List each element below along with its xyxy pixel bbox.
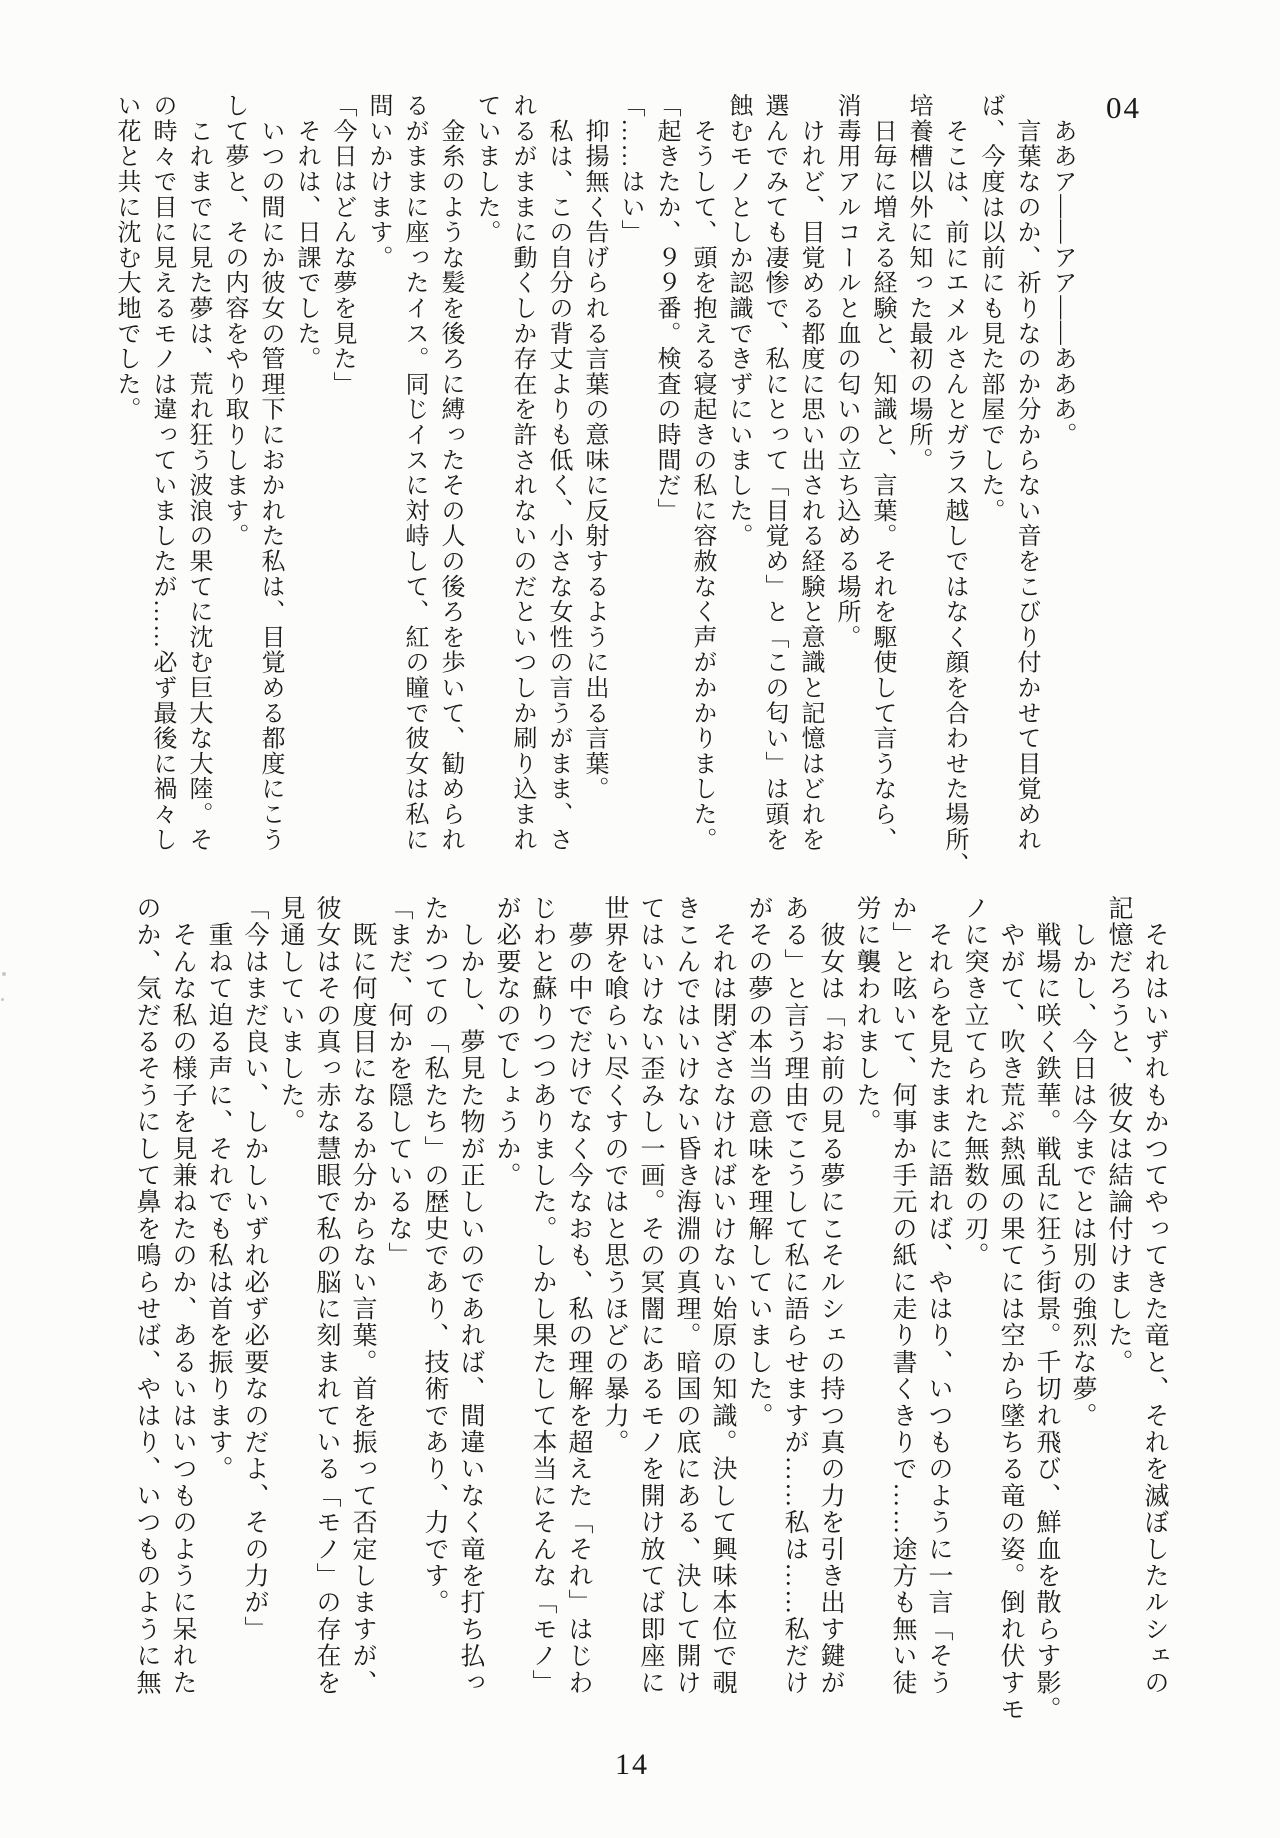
text-column: 問いかけます。 (360, 93, 396, 877)
text-column: それは、日課でした。 (288, 93, 324, 877)
text-column: 日毎に増える経験と、知識と、言葉。それを駆使して言うなら、 (864, 93, 900, 877)
text-column: 彼女は「お前の見る夢にこそルシェの持つ真の力を引き出す鍵が (812, 895, 848, 1723)
text-column: それらを見たままに語れば、やはり、いつものように一言「そう (920, 895, 956, 1723)
text-column: ああア――アア――あああ。 (1044, 93, 1080, 877)
text-column: これまでに見た夢は、荒れ狂う波浪の果てに沈む巨大な大陸。そ (180, 93, 216, 877)
text-column: てはいけない歪みし一画。その冥闇にあるモノを開け放てば即座に (632, 895, 668, 1723)
text-column: そうして、頭を抱える寝起きの私に容赦なく声がかかりました。 (684, 93, 720, 877)
text-column: ていました。 (468, 93, 504, 877)
text-column: じわと蘇りつつありました。しかし果たして本当にそんな「モノ」 (524, 895, 560, 1723)
text-column: 抑揚無く告げられる言葉の意味に反射するように出る言葉。 (576, 93, 612, 877)
text-column: 見通していました。 (272, 895, 308, 1723)
text-column: 金糸のような髪を後ろに縛ったその人の後ろを歩いて、勧められ (432, 93, 468, 877)
text-column: ある」と言う理由でこうして私に語らせますが……私は……私だけ (776, 895, 812, 1723)
text-column: 労に襲われました。 (848, 895, 884, 1723)
text-column: 「……はい」 (612, 93, 648, 877)
text-column: やがて、吹き荒ぶ熱風の果てには空から墜ちる竜の姿。倒れ伏すモ (992, 895, 1028, 1723)
text-column: いつの間にか彼女の管理下におかれた私は、目覚める都度にこう (252, 93, 288, 877)
text-column: 消毒用アルコールと血の匂いの立ち込める場所。 (828, 93, 864, 877)
text-column: ば、今度は以前にも見た部屋でした。 (972, 93, 1008, 877)
text-column: 「今日はどんな夢を見た」 (324, 93, 360, 877)
text-column: そこは、前にエメルさんとガラス越しではなく顔を合わせた場所、 (936, 93, 972, 877)
page-number-bottom: 14 (615, 1748, 649, 1782)
text-column: 「起きたか、９９番。検査の時間だ」 (648, 93, 684, 877)
text-column: それは閉ざさなければいけない始原の知識。決して興味本位で覗 (704, 895, 740, 1723)
text-column: して夢と、その内容をやり取りします。 (216, 93, 252, 877)
text-column: ノに突き立てられた無数の刃。 (956, 895, 992, 1723)
scan-speck (1, 998, 4, 1001)
text-column: 世界を喰らい尽くすのではと思うほどの暴力。 (596, 895, 632, 1723)
text-column: 戦場に咲く鉄華。戦乱に狂う街景。千切れ飛び、鮮血を散らす影。 (1028, 895, 1064, 1723)
text-column: るがままに座ったイス。同じイスに対峙して、紅の瞳で彼女は私に (396, 93, 432, 877)
text-column: けれど、目覚める都度に思い出される経験と意識と記憶はどれを (792, 93, 828, 877)
text-column: 既に何度目になるか分からない言葉。首を振って否定しますが、 (344, 895, 380, 1723)
text-column: 「今はまだ良い、しかしいずれ必ず必要なのだよ、その力が」 (236, 895, 272, 1723)
text-column: しかし、今日は今までとは別の強烈な夢。 (1064, 895, 1100, 1723)
text-column: それはいずれもかつてやってきた竜と、それを滅ぼしたルシェの (1136, 895, 1172, 1723)
text-column: 選んでみても凄惨で、私にとって「目覚め」と「この匂い」は頭を (756, 93, 792, 877)
text-column: そんな私の様子を見兼ねたのか、あるいはいつものように呆れた (164, 895, 200, 1723)
text-column: 夢の中でだけでなく今なおも、私の理解を超えた「それ」はじわ (560, 895, 596, 1723)
text-column: きこんではいけない昏き海淵の真理。暗国の底にある、決して開け (668, 895, 704, 1723)
text-column: 彼女はその真っ赤な慧眼で私の脳に刻まれている「モノ」の存在を (308, 895, 344, 1723)
text-column: のか、気だるそうにして鼻を鳴らせば、やはり、いつものように無 (128, 895, 164, 1723)
text-column: 私は、この自分の背丈よりも低く、小さな女性の言うがまま、さ (540, 93, 576, 877)
text-column: 記憶だろうと、彼女は結論付けました。 (1100, 895, 1136, 1723)
text-block-top: ああア――アア――あああ。 言葉なのか、祈りなのか分からない音をこびり付かせて目… (108, 93, 1080, 877)
text-column: がその夢の本当の意味を理解していました。 (740, 895, 776, 1723)
text-column: い花と共に沈む大地でした。 (108, 93, 144, 877)
text-column: たかつての「私たち」の歴史であり、技術であり、力です。 (416, 895, 452, 1723)
text-column: 言葉なのか、祈りなのか分からない音をこびり付かせて目覚めれ (1008, 93, 1044, 877)
text-column: 重ねて迫る声に、それでも私は首を振ります。 (200, 895, 236, 1723)
text-column: の時々で目に見えるモノは違っていましたが……必ず最後に禍々し (144, 93, 180, 877)
scanned-page: 04 ああア――アア――あああ。 言葉なのか、祈りなのか分からない音をこびり付か… (0, 0, 1280, 1838)
text-column: 培養槽以外に知った最初の場所。 (900, 93, 936, 877)
page-number-top: 04 (1106, 90, 1141, 126)
text-column: れるがままに動くしか存在を許されないのだといつしか刷り込まれ (504, 93, 540, 877)
text-column: しかし、夢見た物が正しいのであれば、間違いなく竜を打ち払っ (452, 895, 488, 1723)
scan-speck (2, 972, 6, 976)
text-column: 「まだ、何かを隠しているな」 (380, 895, 416, 1723)
text-block-bottom: それはいずれもかつてやってきた竜と、それを滅ぼしたルシェの記憶だろうと、彼女は結… (128, 895, 1172, 1723)
text-column: 蝕むモノとしか認識できずにいました。 (720, 93, 756, 877)
text-column: か」と呟いて、何事か手元の紙に走り書くきりで……途方も無い徒 (884, 895, 920, 1723)
text-column: が必要なのでしょうか。 (488, 895, 524, 1723)
